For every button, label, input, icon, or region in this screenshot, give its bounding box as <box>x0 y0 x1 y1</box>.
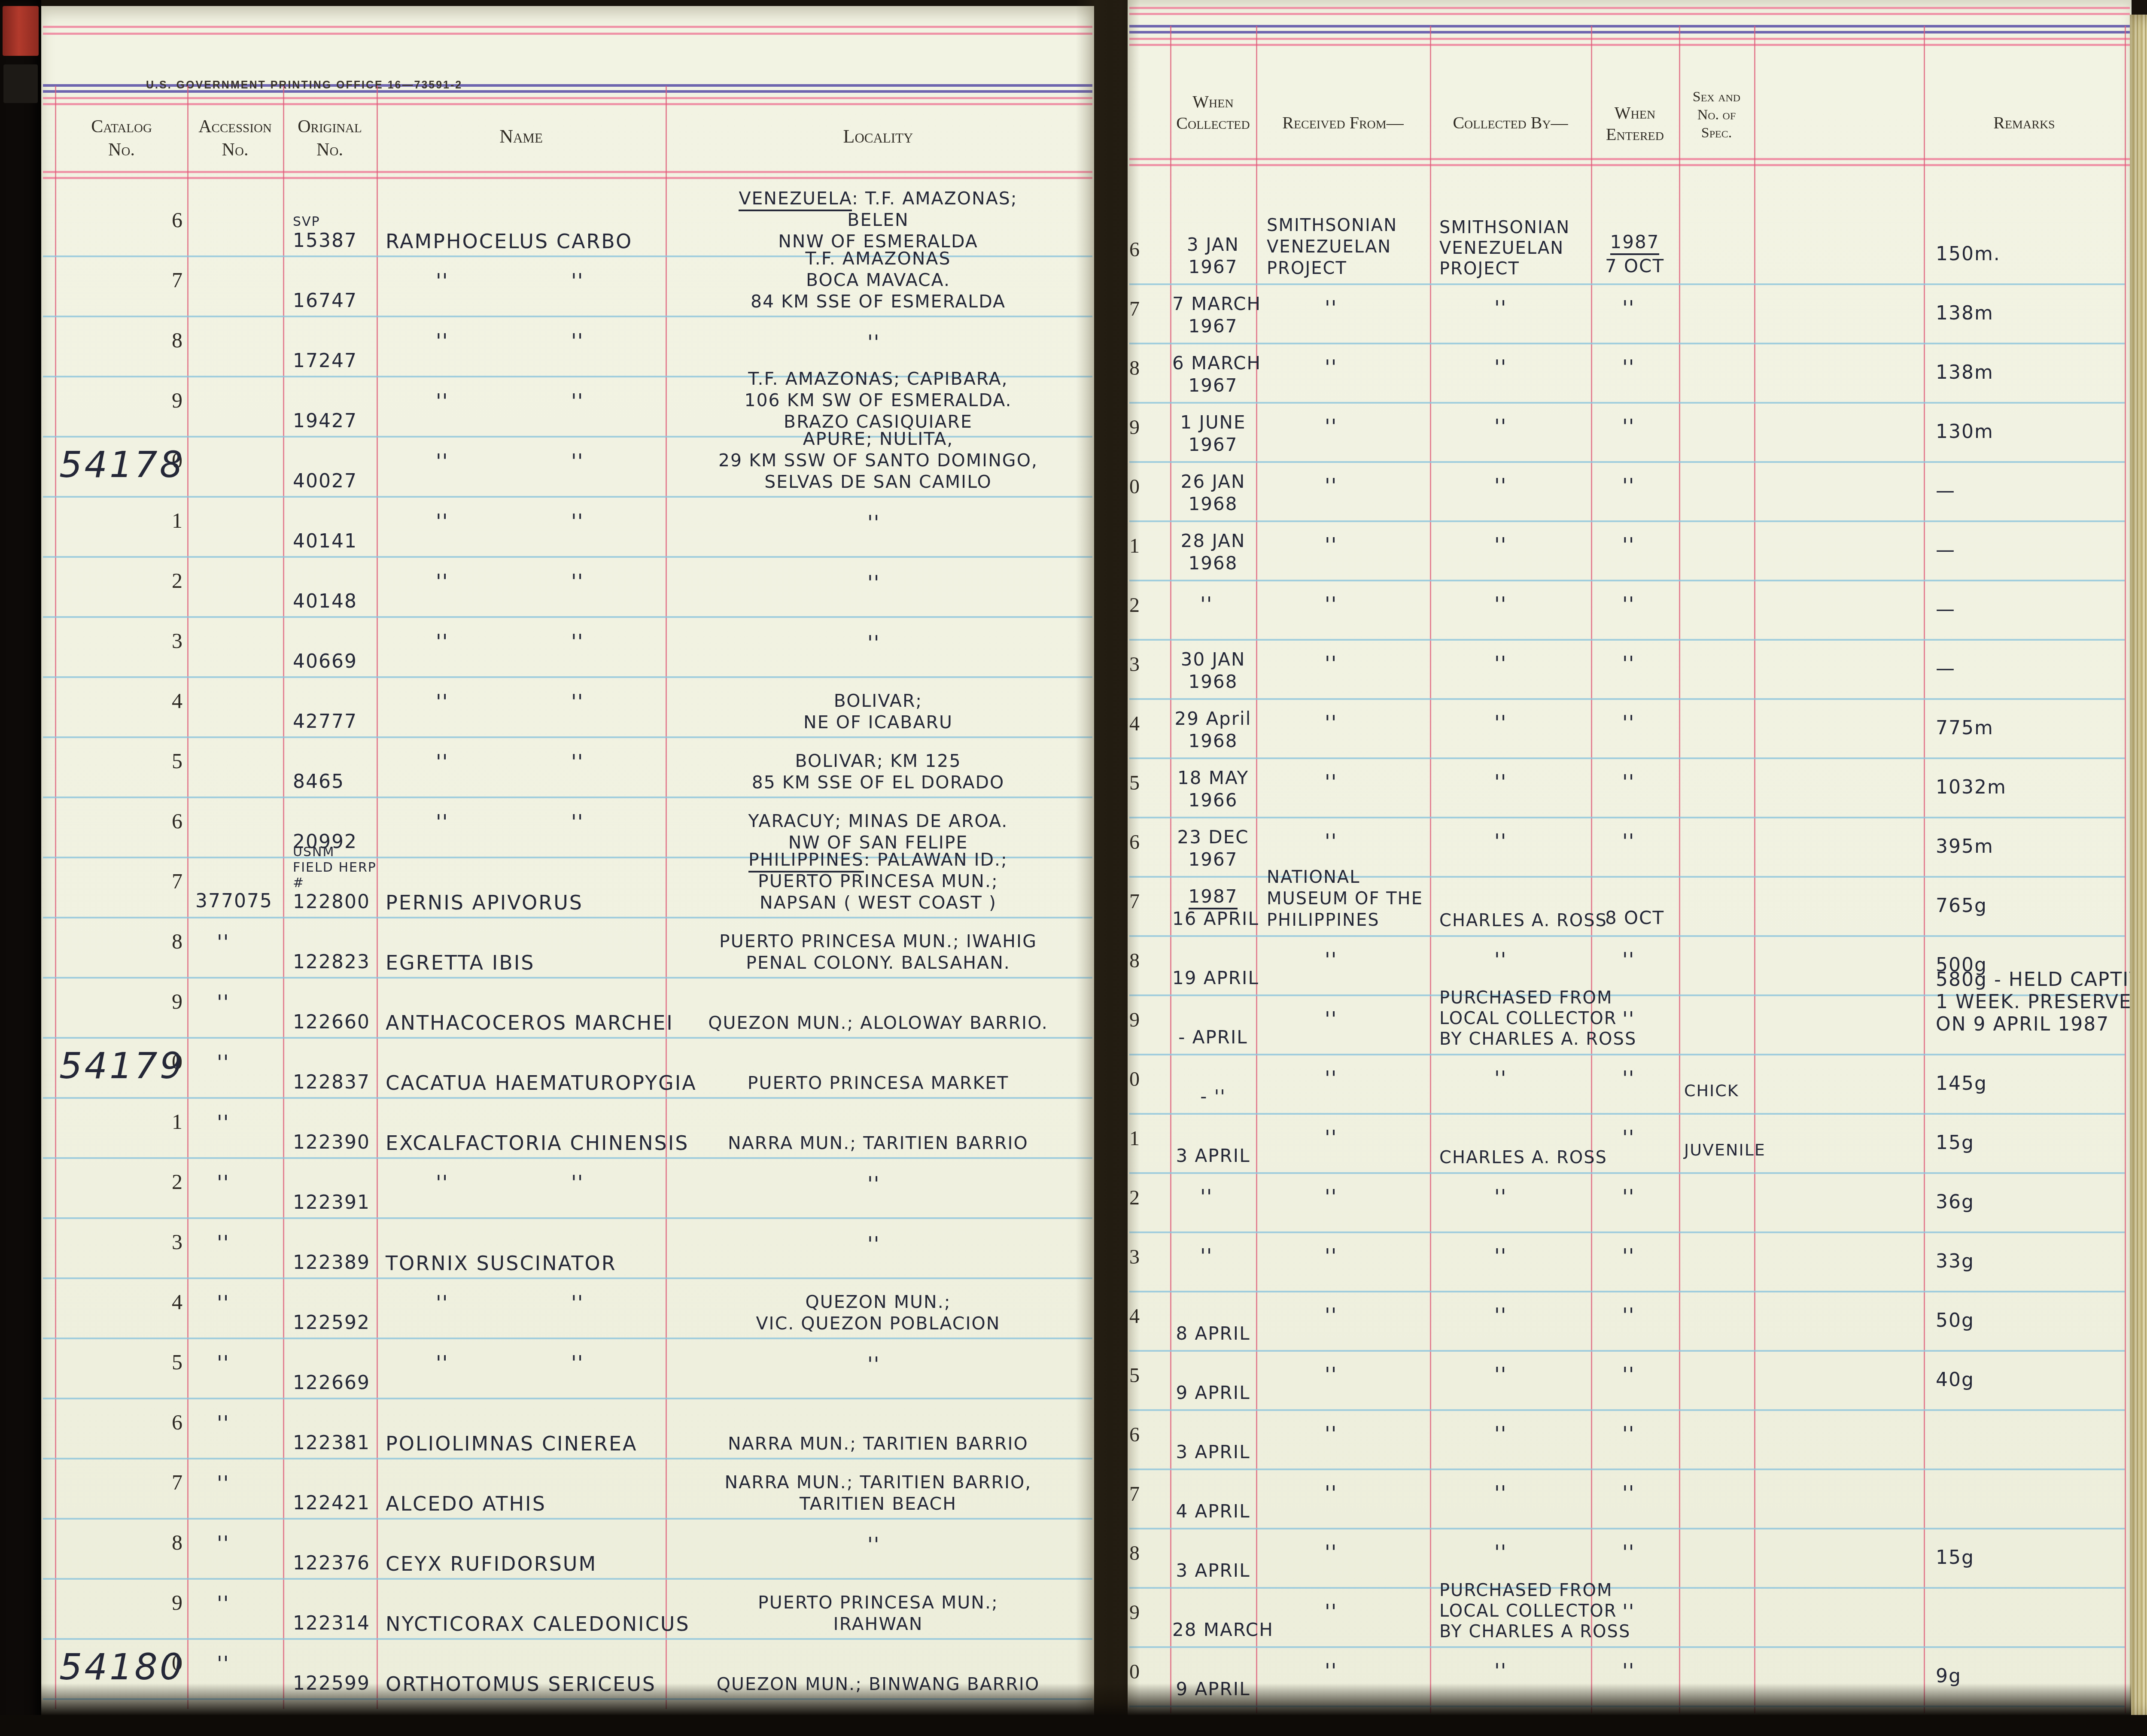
record-rule-left <box>43 1277 1092 1279</box>
remarks: 138m <box>1936 362 2129 384</box>
remarks: 1032m <box>1936 776 2129 799</box>
record-rule-right <box>1129 935 2125 937</box>
row-number-left: 2 <box>142 1169 182 1194</box>
original-number: 40669 <box>293 651 377 673</box>
record-rule-left <box>43 736 1092 738</box>
record-rule-right <box>1129 1054 2125 1055</box>
row-number-left: 5 <box>142 1350 182 1374</box>
collected-by-ditto: '' <box>1494 1244 1507 1268</box>
collected-by-ditto: '' <box>1494 474 1507 497</box>
row-number-left: 8 <box>142 929 182 954</box>
locality: T.F. AMAZONAS; CAPIBARA,106 KM SW OF ESM… <box>672 368 1084 432</box>
accession-ditto: '' <box>217 1111 229 1134</box>
species-name: POLIOLIMNAS CINEREA <box>386 1432 638 1455</box>
accession-ditto: '' <box>217 1411 229 1435</box>
when-entered-ditto: '' <box>1622 1244 1635 1268</box>
collected-by-ditto: '' <box>1494 415 1507 438</box>
row-number-left: 9 <box>142 1590 182 1615</box>
when-collected: 29 April1968 <box>1172 708 1254 752</box>
accession-ditto: '' <box>217 1471 229 1495</box>
collected-by-ditto: '' <box>1494 1363 1507 1386</box>
name-ditto: '' <box>436 329 448 353</box>
received-from-ditto: '' <box>1325 593 1337 616</box>
record-rule-left <box>43 556 1092 558</box>
remarks: 15g <box>1936 1547 2129 1569</box>
when-entered-ditto: '' <box>1622 1541 1635 1564</box>
species-name: EGRETTA IBIS <box>386 951 535 974</box>
record-rule-right <box>1129 1350 2125 1352</box>
received-from-ditto: '' <box>1325 356 1337 379</box>
original-number: 16747 <box>293 290 377 312</box>
when-entered-ditto: '' <box>1622 1422 1635 1445</box>
received-from-ditto: '' <box>1325 1067 1337 1090</box>
species-name: ALCEDO ATHIS <box>386 1492 546 1515</box>
row-number-left: 7 <box>142 268 182 292</box>
species-name: PERNIS APIVORUS <box>386 891 583 914</box>
when-collected: 3 APRIL <box>1172 1441 1254 1463</box>
when-entered-ditto: '' <box>1622 1363 1635 1386</box>
name-ditto: '' <box>436 690 448 713</box>
name-ditto: '' <box>571 1291 584 1314</box>
locality: YARACUY; MINAS DE AROA.NW OF SAN FELIPE <box>672 810 1084 853</box>
when-entered-ditto: '' <box>1622 1007 1635 1031</box>
locality: NARRA MUN.; TARITIEN BARRIO <box>672 1132 1084 1154</box>
when-collected-ditto: '' <box>1200 1244 1213 1268</box>
bottom-page-shadow <box>41 1683 2131 1716</box>
when-entered: 19877 OCT <box>1594 230 1676 278</box>
when-collected-ditto: '' <box>1200 1185 1213 1208</box>
original-number: 40148 <box>293 590 377 613</box>
species-name: EXCALFACTORIA CHINENSIS <box>386 1131 689 1155</box>
page-stack-edge <box>2130 15 2147 1716</box>
accession-ditto: '' <box>217 1231 229 1254</box>
remarks: 50g <box>1936 1310 2129 1332</box>
collected-by-ditto: '' <box>1494 356 1507 379</box>
record-rule-right <box>1129 1409 2125 1411</box>
when-collected: 28 JAN1968 <box>1172 530 1254 575</box>
record-rule-left <box>43 1037 1092 1039</box>
record-rule-right <box>1129 580 2125 581</box>
species-name: ANTHACOCEROS MARCHEI <box>386 1011 674 1034</box>
record-rule-right <box>1129 343 2125 344</box>
collected-by: CHARLES A. ROSS <box>1439 910 1590 931</box>
accession-ditto: '' <box>217 1171 229 1194</box>
row-number-left: 9 <box>142 989 182 1014</box>
original-number: 122669 <box>293 1372 377 1394</box>
original-number: 8465 <box>293 771 377 793</box>
record-rule-right <box>1129 1291 2125 1292</box>
locality-ditto: '' <box>867 571 880 594</box>
received-from-ditto: '' <box>1325 711 1337 734</box>
name-ditto: '' <box>436 1351 448 1374</box>
remarks: — <box>1936 599 2129 621</box>
record-rule-right <box>1129 1231 2125 1233</box>
row-number-left: 7 <box>142 869 182 894</box>
name-ditto: '' <box>571 750 584 773</box>
remarks: 15g <box>1936 1132 2129 1154</box>
when-entered-ditto: '' <box>1622 1481 1635 1505</box>
original-number: 17247 <box>293 350 377 372</box>
accession-ditto: '' <box>217 991 229 1014</box>
name-ditto: '' <box>436 510 448 533</box>
remarks: 130m <box>1936 421 2129 443</box>
species-name: TORNIX SUSCINATOR <box>386 1252 617 1275</box>
remarks: — <box>1936 658 2129 680</box>
row-number-left: 8 <box>142 1530 182 1555</box>
when-entered-ditto: '' <box>1622 1659 1635 1682</box>
record-rule-left <box>43 1338 1092 1339</box>
received-from-ditto: '' <box>1325 1600 1337 1623</box>
received-from-ditto: '' <box>1325 652 1337 675</box>
name-ditto: '' <box>436 570 448 593</box>
record-rule-right <box>1129 283 2125 285</box>
row-number-left: 4 <box>142 688 182 713</box>
original-number: 122421 <box>293 1492 377 1514</box>
record-rule-right <box>1129 1172 2125 1174</box>
record-rule-left <box>43 1458 1092 1459</box>
received-from-ditto: '' <box>1325 770 1337 794</box>
when-collected: - APRIL <box>1172 1026 1254 1049</box>
locality: NARRA MUN.; TARITIEN BARRIO,TARITIEN BEA… <box>672 1471 1084 1514</box>
name-ditto: '' <box>571 510 584 533</box>
when-entered-ditto: '' <box>1622 474 1635 497</box>
row-number-left: 8 <box>142 328 182 353</box>
locality: NARRA MUN.; TARITIEN BARRIO <box>672 1433 1084 1454</box>
record-rule-left <box>43 977 1092 979</box>
locality: VENEZUELA: T.F. AMAZONAS;BELENNNW OF ESM… <box>672 188 1084 252</box>
original-number: 122376 <box>293 1552 377 1575</box>
bottom-edge <box>0 1715 2147 1736</box>
original-number: 122314 <box>293 1612 377 1635</box>
collected-by-ditto: '' <box>1494 1481 1507 1505</box>
name-ditto: '' <box>436 750 448 773</box>
catalog-number: 54179 <box>59 1045 185 1087</box>
received-from-ditto: '' <box>1325 1363 1337 1386</box>
received-from: NATIONALMUSEUM OF THEPHILIPPINES <box>1267 866 1426 931</box>
received-from-ditto: '' <box>1325 830 1337 853</box>
record-rule-right <box>1129 1646 2125 1648</box>
name-ditto: '' <box>436 1171 448 1194</box>
when-collected: 9 APRIL <box>1172 1382 1254 1404</box>
original-number: SVP15387 <box>293 214 377 252</box>
when-collected: 3 APRIL <box>1172 1560 1254 1582</box>
collected-by-ditto: '' <box>1494 711 1507 734</box>
catalog-number: 54178 <box>59 444 185 486</box>
received-from-ditto: '' <box>1325 474 1337 497</box>
record-rule-left <box>43 616 1092 618</box>
remarks: 765g <box>1936 895 2129 917</box>
when-entered-ditto: '' <box>1622 1185 1635 1208</box>
when-collected: 198716 APRIL <box>1172 885 1254 930</box>
when-collected: 1 JUNE1967 <box>1172 411 1254 456</box>
collected-by-ditto: '' <box>1494 652 1507 675</box>
original-number: 40027 <box>293 470 377 493</box>
row-number-left: 2 <box>142 568 182 593</box>
when-entered-ditto: '' <box>1622 1304 1635 1327</box>
received-from-ditto: '' <box>1325 1304 1337 1327</box>
species-name: CEYX RUFIDORSUM <box>386 1552 597 1575</box>
remarks: 150m. <box>1936 243 2129 265</box>
species-name: RAMPHOCELUS CARBO <box>386 230 633 253</box>
remarks: — <box>1936 480 2129 502</box>
original-number: 42777 <box>293 711 377 733</box>
when-collected: 28 MARCH <box>1172 1619 1254 1641</box>
row-number-left: 7 <box>142 1470 182 1495</box>
original-number: 122837 <box>293 1071 377 1094</box>
received-from-ditto: '' <box>1325 1244 1337 1268</box>
name-ditto: '' <box>436 810 448 833</box>
original-number: 122391 <box>293 1192 377 1214</box>
when-collected: 8 APRIL <box>1172 1323 1254 1345</box>
record-rule-left <box>43 1157 1092 1159</box>
record-rule-left <box>43 1578 1092 1580</box>
original-number: 122660 <box>293 1011 377 1034</box>
received-from-ditto: '' <box>1325 296 1337 319</box>
record-rule-left <box>43 1217 1092 1219</box>
ledger-spread-scan: { "document": { "type": "museum-specimen… <box>0 0 2147 1736</box>
when-entered-ditto: '' <box>1622 593 1635 616</box>
when-collected: 6 MARCH1967 <box>1172 352 1254 397</box>
locality-ditto: '' <box>867 1232 880 1256</box>
when-entered-ditto: '' <box>1622 948 1635 971</box>
row-number-left: 9 <box>142 388 182 413</box>
when-entered-ditto: '' <box>1622 711 1635 734</box>
remarks: 145g <box>1936 1073 2129 1095</box>
collected-by-ditto: '' <box>1494 770 1507 794</box>
locality-ditto: '' <box>867 1353 880 1376</box>
row-number-left: 3 <box>142 1229 182 1254</box>
when-entered-ditto: '' <box>1622 1067 1635 1090</box>
when-collected-ditto: '' <box>1200 593 1213 616</box>
record-rule-right <box>1129 1113 2125 1115</box>
name-ditto: '' <box>436 630 448 653</box>
when-entered-ditto: '' <box>1622 415 1635 438</box>
collected-by-ditto: '' <box>1494 1067 1507 1090</box>
name-ditto: '' <box>436 269 448 292</box>
record-rule-right <box>1129 698 2125 700</box>
name-ditto: '' <box>571 690 584 713</box>
original-number: 122592 <box>293 1312 377 1334</box>
received-from-ditto: '' <box>1325 415 1337 438</box>
original-number: 122823 <box>293 951 377 973</box>
when-collected: 23 DEC1967 <box>1172 826 1254 871</box>
name-ditto: '' <box>436 450 448 473</box>
when-collected: - '' <box>1172 1085 1254 1108</box>
accession-ditto: '' <box>217 1532 229 1555</box>
accession-ditto: '' <box>217 1652 229 1675</box>
remarks: 775m <box>1936 717 2129 739</box>
record-rule-left <box>43 1518 1092 1520</box>
when-entered: 8 OCT <box>1594 906 1676 930</box>
remarks: — <box>1936 539 2129 562</box>
record-rule-right <box>1129 757 2125 759</box>
record-rule-left <box>43 797 1092 798</box>
locality: PUERTO PRINCESA MUN.;IRAHWAN <box>672 1592 1084 1635</box>
original-number: USNMFIELD HERP#122800 <box>293 845 377 913</box>
accession-ditto: '' <box>217 1351 229 1374</box>
book-spine-gutter <box>1076 0 1140 1736</box>
original-number: 40141 <box>293 530 377 553</box>
name-ditto: '' <box>571 810 584 833</box>
collected-by-ditto: '' <box>1494 830 1507 853</box>
locality: PUERTO PRINCESA MUN.; IWAHIGPENAL COLONY… <box>672 930 1084 973</box>
locality: QUEZON MUN.;VIC. QUEZON POBLACION <box>672 1291 1084 1334</box>
locality-ditto: '' <box>867 331 880 354</box>
row-number-left: 3 <box>142 628 182 653</box>
when-entered-ditto: '' <box>1622 770 1635 794</box>
accession-ditto: '' <box>217 930 229 954</box>
name-ditto: '' <box>571 630 584 653</box>
remarks: 40g <box>1936 1369 2129 1391</box>
name-ditto: '' <box>436 389 448 413</box>
locality: T.F. AMAZONASBOCA MAVACA.84 KM SSE OF ES… <box>672 248 1084 312</box>
when-collected: 18 MAY1966 <box>1172 767 1254 812</box>
when-entered-ditto: '' <box>1622 830 1635 853</box>
original-number: 122381 <box>293 1432 377 1454</box>
locality: BOLIVAR;NE OF ICABARU <box>672 690 1084 733</box>
collected-by-ditto: '' <box>1494 1304 1507 1327</box>
when-entered-ditto: '' <box>1622 296 1635 319</box>
when-entered-ditto: '' <box>1622 652 1635 675</box>
collected-by: PURCHASED FROMLOCAL COLLECTORBY CHARLES … <box>1439 988 1590 1049</box>
row-number-left: 6 <box>142 1410 182 1435</box>
record-rule-left <box>43 1638 1092 1640</box>
locality: PUERTO PRINCESA MARKET <box>672 1072 1084 1094</box>
locality: QUEZON MUN.; ALOLOWAY BARRIO. <box>672 1012 1084 1034</box>
when-collected: 7 MARCH1967 <box>1172 293 1254 337</box>
when-entered-ditto: '' <box>1622 533 1635 556</box>
name-ditto: '' <box>571 570 584 593</box>
name-ditto: '' <box>571 269 584 292</box>
name-ditto: '' <box>436 1291 448 1314</box>
record-rule-right <box>1129 1528 2125 1529</box>
record-rule-left <box>43 316 1092 317</box>
collected-by-ditto: '' <box>1494 948 1507 971</box>
accession-number: 377075 <box>195 890 273 912</box>
when-collected: 3 JAN1967 <box>1172 234 1254 278</box>
when-entered-ditto: '' <box>1622 356 1635 379</box>
when-collected: 19 APRIL <box>1172 967 1254 989</box>
collected-by-ditto: '' <box>1494 1659 1507 1682</box>
collected-by: CHARLES A. ROSS <box>1439 1147 1590 1168</box>
species-name: CACATUA HAEMATUROPYGIA <box>386 1071 697 1095</box>
record-rule-right <box>1129 461 2125 463</box>
record-rule-left <box>43 1398 1092 1399</box>
collected-by-ditto: '' <box>1494 296 1507 319</box>
received-from-ditto: '' <box>1325 948 1337 971</box>
record-rule-right <box>1129 1468 2125 1470</box>
received-from: SMITHSONIANVENEZUELANPROJECT <box>1267 215 1426 279</box>
remarks: 36g <box>1936 1191 2129 1213</box>
received-from-ditto: '' <box>1325 1659 1337 1682</box>
when-collected: 3 APRIL <box>1172 1145 1254 1167</box>
catalog-number: 54180 <box>59 1646 185 1688</box>
collected-by-ditto: '' <box>1494 533 1507 556</box>
collected-by-ditto: '' <box>1494 1185 1507 1208</box>
record-rule-right <box>1129 520 2125 522</box>
name-ditto: '' <box>571 329 584 353</box>
locality-ditto: '' <box>867 511 880 534</box>
collected-by: SMITHSONIANVENEZUELANPROJECT <box>1439 217 1590 279</box>
accession-ditto: '' <box>217 1051 229 1074</box>
name-ditto: '' <box>571 1171 584 1194</box>
record-rule-right <box>1129 1587 2125 1589</box>
record-rule-left <box>43 676 1092 678</box>
row-number-left: 4 <box>142 1289 182 1314</box>
record-rule-left <box>43 917 1092 918</box>
row-number-left: 6 <box>142 207 182 232</box>
name-ditto: '' <box>571 450 584 473</box>
collected-by: PURCHASED FROMLOCAL COLLECTORBY CHARLES … <box>1439 1580 1590 1642</box>
original-number: 122390 <box>293 1131 377 1154</box>
collected-by-ditto: '' <box>1494 1541 1507 1564</box>
original-number: 19427 <box>293 410 377 432</box>
original-number: 122389 <box>293 1252 377 1274</box>
when-collected: 4 APRIL <box>1172 1500 1254 1523</box>
received-from-ditto: '' <box>1325 1541 1337 1564</box>
row-number-left: 5 <box>142 748 182 773</box>
accession-ditto: '' <box>217 1592 229 1615</box>
received-from-ditto: '' <box>1325 1126 1337 1149</box>
locality-ditto: '' <box>867 631 880 654</box>
sex-spec-note: CHICK <box>1684 1081 1739 1100</box>
received-from-ditto: '' <box>1325 1422 1337 1445</box>
row-number-left: 1 <box>142 508 182 533</box>
record-rule-right <box>1129 639 2125 641</box>
name-ditto: '' <box>571 389 584 413</box>
collected-by-ditto: '' <box>1494 593 1507 616</box>
when-entered-ditto: '' <box>1622 1600 1635 1623</box>
received-from-ditto: '' <box>1325 533 1337 556</box>
collected-by-ditto: '' <box>1494 1422 1507 1445</box>
when-collected: 26 JAN1968 <box>1172 471 1254 515</box>
remarks: 33g <box>1936 1250 2129 1273</box>
row-number-left: 1 <box>142 1109 182 1134</box>
record-rule-left <box>43 1097 1092 1099</box>
received-from-ditto: '' <box>1325 1007 1337 1031</box>
record-rule-right <box>1129 402 2125 404</box>
row-number-left: 6 <box>142 809 182 833</box>
locality: BOLIVAR; KM 12585 KM SSE OF EL DORADO <box>672 750 1084 793</box>
received-from-ditto: '' <box>1325 1185 1337 1208</box>
locality: PHILIPPINES: PALAWAN ID.;PUERTO PRINCESA… <box>672 849 1084 913</box>
accession-ditto: '' <box>217 1291 229 1314</box>
remarks: 138m <box>1936 302 2129 325</box>
remarks: 395m <box>1936 836 2129 858</box>
when-entered-ditto: '' <box>1622 1126 1635 1149</box>
species-name: NYCTICORAX CALEDONICUS <box>386 1612 690 1636</box>
name-ditto: '' <box>571 1351 584 1374</box>
ledger-rows: 6SVP15387RAMPHOCELUS CARBOVENEZUELA: T.F… <box>0 0 2147 1736</box>
locality: APURE; NULITA,29 KM SSW OF SANTO DOMINGO… <box>672 428 1084 493</box>
remarks: 580g - HELD CAPTIVE1 WEEK. PRESERVEDON 9… <box>1936 969 2129 1036</box>
record-rule-right <box>1129 817 2125 818</box>
locality-ditto: '' <box>867 1172 880 1195</box>
locality-ditto: '' <box>867 1533 880 1556</box>
sex-spec-note: JUVENILE <box>1684 1140 1766 1159</box>
when-collected: 30 JAN1968 <box>1172 648 1254 693</box>
record-rule-left <box>43 496 1092 498</box>
received-from-ditto: '' <box>1325 1481 1337 1505</box>
